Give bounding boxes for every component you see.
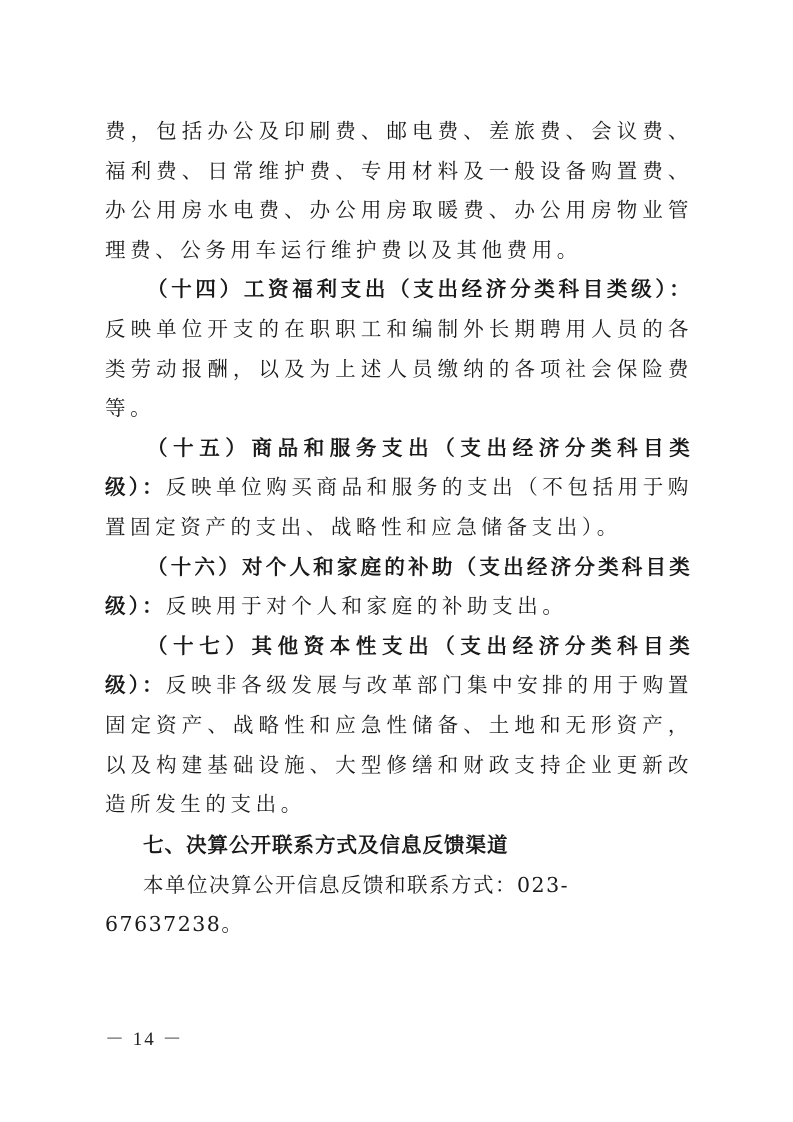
item-goods-services: （十五）商品和服务支出（支出经济分类科目类级）：反映单位购买商品和服务的支出（不… — [105, 429, 693, 548]
item-household-subsidies: （十六）对个人和家庭的补助（支出经济分类科目类级）：反映用于对个人和家庭的补助支… — [105, 548, 693, 627]
item-wages-welfare: （十四）工资福利支出（支出经济分类科目类级）：反映单位开支的在职职工和编制外长期… — [105, 270, 693, 428]
item-body: 反映非各级发展与改革部门集中安排的用于购置固定资产、战略性和应急性储备、土地和无… — [105, 673, 693, 816]
page-number: － 14 － — [105, 1024, 184, 1051]
item-body: 反映用于对个人和家庭的补助支出。 — [166, 594, 568, 618]
item-body: 反映单位购买商品和服务的支出（不包括用于购置固定资产的支出、战略性和应急储备支出… — [105, 475, 693, 539]
section-heading: 七、决算公开联系方式及信息反馈渠道 — [105, 825, 693, 866]
document-page: 费，包括办公及印刷费、邮电费、差旅费、会议费、福利费、日常维护费、专用材料及一般… — [105, 112, 693, 945]
continuation-paragraph: 费，包括办公及印刷费、邮电费、差旅费、会议费、福利费、日常维护费、专用材料及一般… — [105, 112, 693, 270]
contact-info: 本单位决算公开信息反馈和联系方式：023-67637238。 — [105, 866, 693, 945]
item-title: （十四）工资福利支出（支出经济分类科目类级）： — [147, 277, 693, 301]
item-body: 反映单位开支的在职职工和编制外长期聘用人员的各类劳动报酬，以及为上述人员缴纳的各… — [105, 317, 693, 420]
item-other-capital: （十七）其他资本性支出（支出经济分类科目类级）：反映非各级发展与改革部门集中安排… — [105, 627, 693, 825]
